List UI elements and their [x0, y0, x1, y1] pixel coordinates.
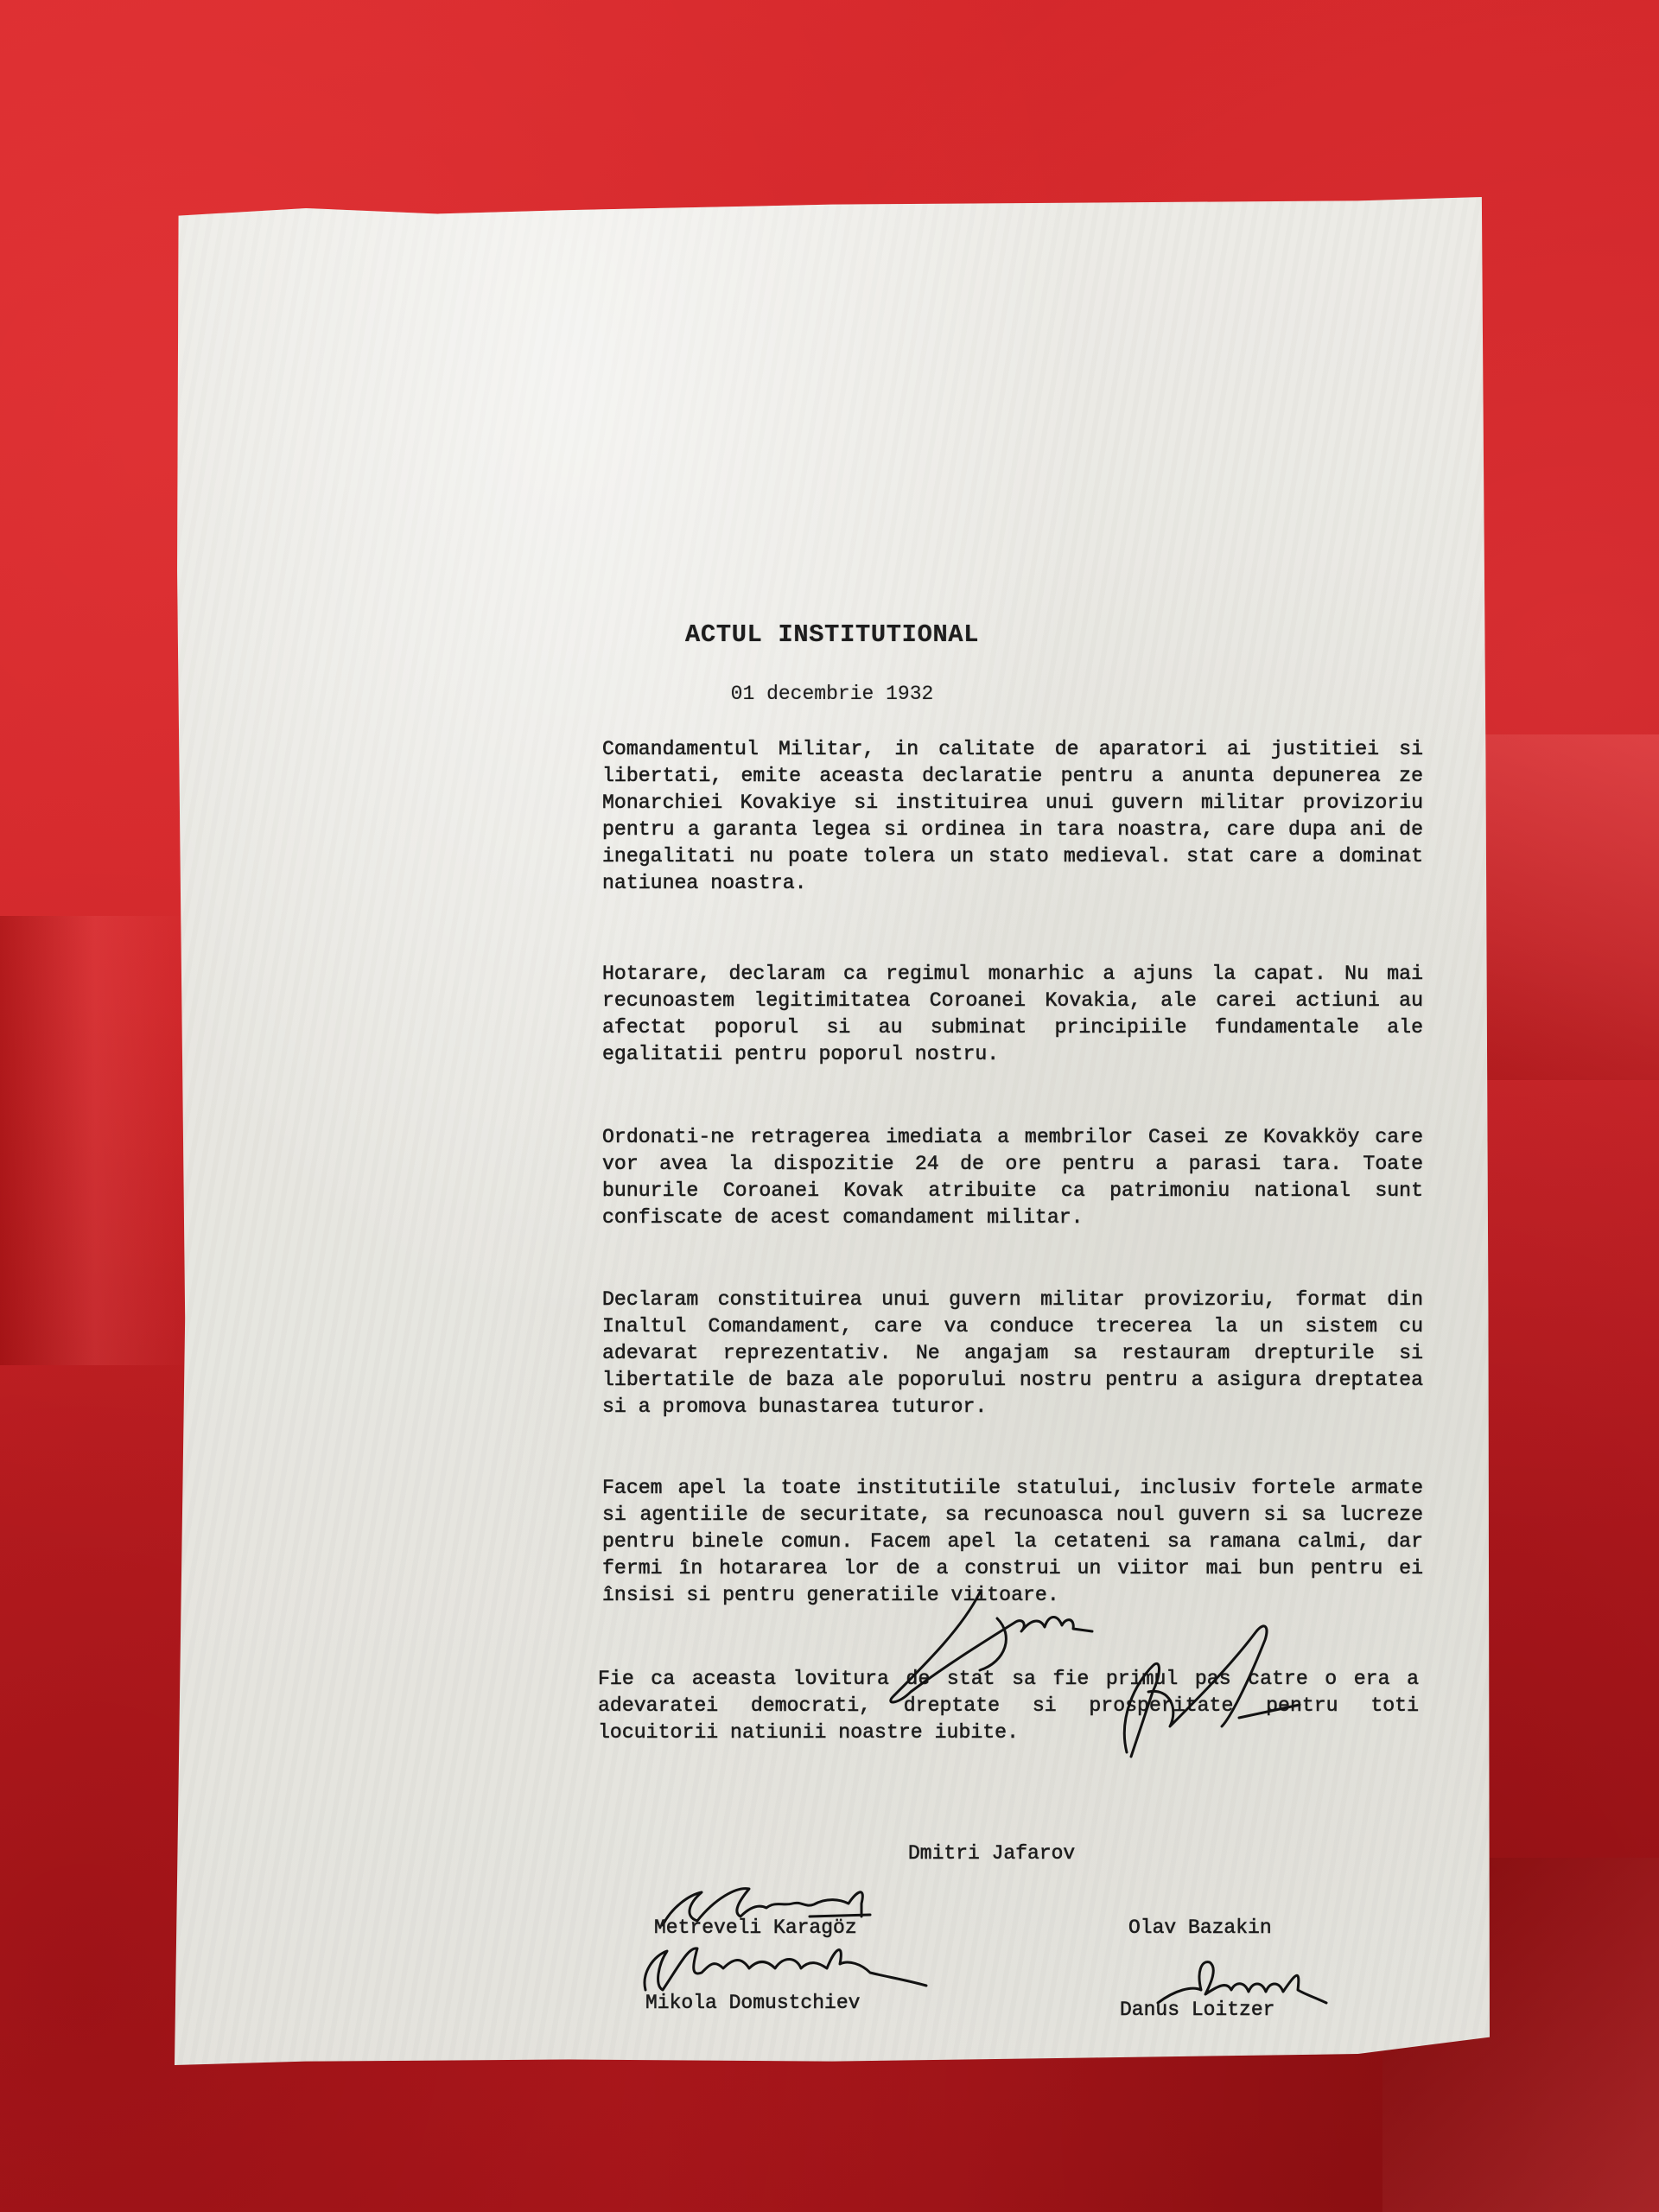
fabric-fold [0, 916, 190, 1365]
paragraph: Ordonati-ne retragerea imediata a membri… [602, 1124, 1423, 1231]
document-title: ACTUL INSTITUTIONAL [175, 620, 1490, 649]
paragraph: Declaram constituirea unui guvern milita… [602, 1287, 1423, 1421]
paragraph: Fie ca aceasta lovitura de stat sa fie p… [598, 1666, 1419, 1746]
signatory-name: Danus Loitzer [1120, 1999, 1274, 2021]
paragraph: Comandamentul Militar, in calitate de ap… [602, 736, 1423, 897]
fabric-fold [1469, 734, 1659, 1080]
paragraph: Hotarare, declaram ca regimul monarhic a… [602, 961, 1423, 1068]
document-paper: ACTUL INSTITUTIONAL 01 decembrie 1932 Co… [175, 197, 1490, 2065]
signatory-name: Olav Bazakin [1128, 1916, 1272, 1939]
signatory-name: Metreveli Karagöz [654, 1916, 857, 1939]
document-date: 01 decembrie 1932 [175, 683, 1490, 705]
signatory-name: Mikola Domustchiev [645, 1992, 860, 2014]
paragraph: Facem apel la toate institutiile statulu… [602, 1475, 1423, 1609]
signatory-name: Dmitri Jafarov [908, 1842, 1075, 1865]
